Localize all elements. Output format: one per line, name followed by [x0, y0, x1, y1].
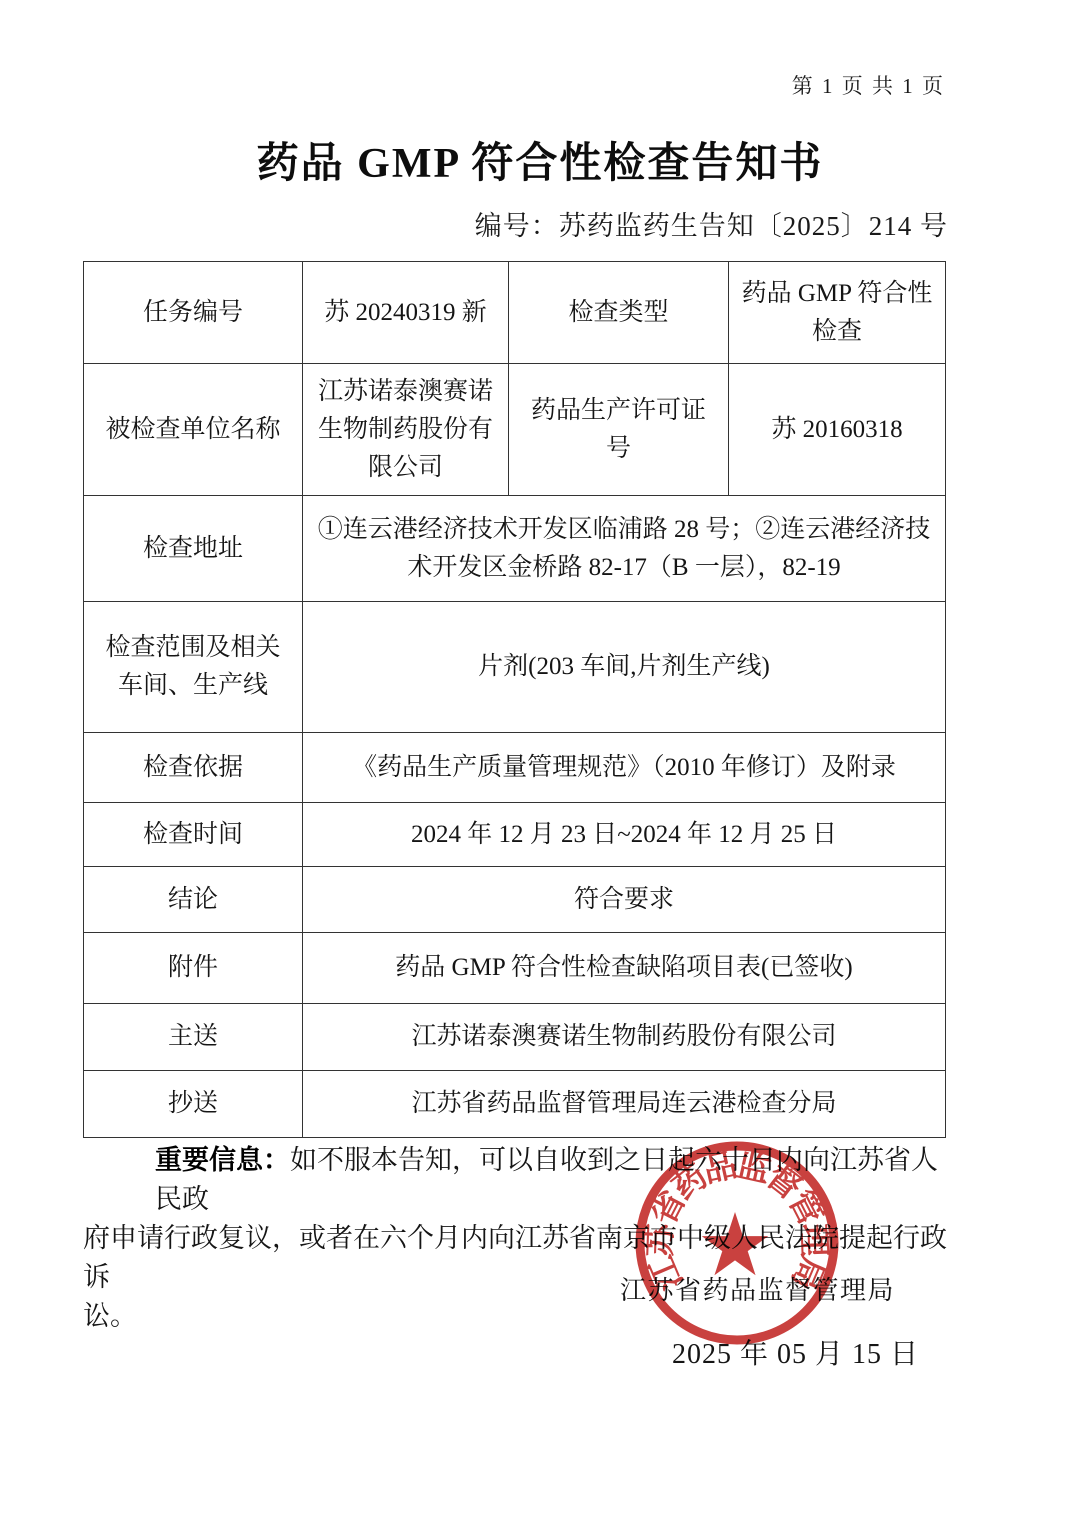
attachment-label: 附件: [84, 933, 303, 1004]
conclusion-label: 结论: [84, 867, 303, 933]
table-row: 主送 江苏诺泰澳赛诺生物制药股份有限公司: [84, 1004, 946, 1071]
inspection-type-value: 药品 GMP 符合性检查: [729, 262, 946, 364]
table-row: 检查地址 ①连云港经济技术开发区临浦路 28 号；②连云港经济技术开发区金桥路 …: [84, 496, 946, 602]
cc-recipient-label: 抄送: [84, 1071, 303, 1138]
inspection-address-label: 检查地址: [84, 496, 303, 602]
task-number-value: 苏 20240319 新: [303, 262, 509, 364]
inspection-address-value: ①连云港经济技术开发区临浦路 28 号；②连云港经济技术开发区金桥路 82-17…: [303, 496, 946, 602]
inspection-time-label: 检查时间: [84, 803, 303, 867]
cc-recipient-value: 江苏省药品监督管理局连云港检查分局: [303, 1071, 946, 1138]
task-number-label: 任务编号: [84, 262, 303, 364]
table-row: 被检查单位名称 江苏诺泰澳赛诺生物制药股份有限公司 药品生产许可证号 苏 201…: [84, 364, 946, 496]
main-recipient-value: 江苏诺泰澳赛诺生物制药股份有限公司: [303, 1004, 946, 1071]
table-row: 抄送 江苏省药品监督管理局连云港检查分局: [84, 1071, 946, 1138]
table-row: 检查时间 2024 年 12 月 23 日~2024 年 12 月 25 日: [84, 803, 946, 867]
page-number: 第 1 页 共 1 页: [792, 70, 945, 100]
document-title: 药品 GMP 符合性检查告知书: [0, 130, 1080, 190]
inspection-time-value: 2024 年 12 月 23 日~2024 年 12 月 25 日: [303, 803, 946, 867]
conclusion-value: 符合要求: [303, 867, 946, 933]
inspected-unit-label: 被检查单位名称: [84, 364, 303, 496]
table-row: 任务编号 苏 20240319 新 检查类型 药品 GMP 符合性检查: [84, 262, 946, 364]
document-page: 第 1 页 共 1 页 药品 GMP 符合性检查告知书 编号：苏药监药生告知〔2…: [0, 0, 1080, 1528]
signature-date: 2025 年 05 月 15 日: [672, 1332, 919, 1372]
table-row: 附件 药品 GMP 符合性检查缺陷项目表(已签收): [84, 933, 946, 1004]
table-row: 检查依据 《药品生产质量管理规范》（2010 年修订）及附录: [84, 733, 946, 803]
inspection-type-label: 检查类型: [509, 262, 729, 364]
inspection-basis-value: 《药品生产质量管理规范》（2010 年修订）及附录: [303, 733, 946, 803]
table-row: 检查范围及相关车间、生产线 片剂(203 车间,片剂生产线): [84, 602, 946, 733]
attachment-value: 药品 GMP 符合性检查缺陷项目表(已签收): [303, 933, 946, 1004]
important-label: 重要信息：: [155, 1145, 290, 1175]
inspected-unit-value: 江苏诺泰澳赛诺生物制药股份有限公司: [303, 364, 509, 496]
main-recipient-label: 主送: [84, 1004, 303, 1071]
license-number-label: 药品生产许可证号: [509, 364, 729, 496]
document-number: 编号：苏药监药生告知〔2025〕214 号: [475, 204, 948, 243]
notice-line-1: 重要信息：如不服本告知，可以自收到之日起六十日内向江苏省人民政: [83, 1141, 963, 1219]
inspection-scope-value: 片剂(203 车间,片剂生产线): [303, 602, 946, 733]
signature-agency: 江苏省药品监督管理局: [620, 1270, 895, 1307]
inspection-info-table: 任务编号 苏 20240319 新 检查类型 药品 GMP 符合性检查 被检查单…: [83, 261, 946, 1138]
table-row: 结论 符合要求: [84, 867, 946, 933]
inspection-basis-label: 检查依据: [84, 733, 303, 803]
inspection-scope-label: 检查范围及相关车间、生产线: [84, 602, 303, 733]
license-number-value: 苏 20160318: [729, 364, 946, 496]
